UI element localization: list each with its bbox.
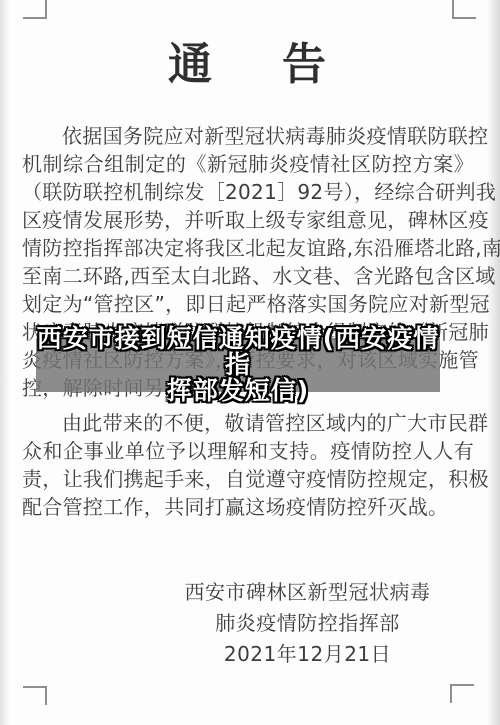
paragraph-2-line: 责，让我们携起手来，自觉遵守疫情防控规定，积极 <box>22 465 474 493</box>
photo-edge-right <box>487 0 500 725</box>
title-char-2: 告 <box>282 28 326 92</box>
signature-date: 2021年12月21日 <box>150 639 465 670</box>
photo-edge-left <box>0 0 10 725</box>
corner-mark-bottom-left <box>23 686 47 705</box>
paragraph-1-line: 情防控指挥部决定将我区北起友谊路,东沿雁塔北路,南 <box>22 234 474 262</box>
signature-org-line-1: 西安市碑林区新型冠状病毒 <box>150 577 465 608</box>
paragraph-1-line: 依据国务院应对新型冠状病毒肺炎疫情联防联控 <box>22 122 474 150</box>
paragraph-1-line: 至南二环路,西至太白北路、水文巷、含光路包含区域 <box>22 262 474 290</box>
paragraph-2-line: 众和企事业单位予以理解和支持。疫情防控人人有 <box>22 437 474 465</box>
banner-text-line-1: 西安市接到短信通知疫情(西安疫情指 <box>36 326 440 378</box>
signature-org-line-2: 肺炎疫情防控指挥部 <box>150 608 465 639</box>
signature-block: 西安市碑林区新型冠状病毒 肺炎疫情防控指挥部 2021年12月21日 <box>150 577 465 670</box>
corner-mark-top-right <box>452 0 476 19</box>
caption-overlay-banner: 西安市接到短信通知疫情(西安疫情指 挥部发短信) <box>36 338 440 392</box>
paragraph-1-line: 划定为“管控区”，即日起严格落实国务院应对新型冠 <box>22 290 474 318</box>
paragraph-1-line: （联防联控机制综发［2021］92号），经综合研判我 <box>22 178 474 206</box>
corner-mark-top-left <box>23 0 47 19</box>
paragraph-1-line: 机制综合组制定的《新冠肺炎疫情社区防控方案》 <box>22 150 474 178</box>
paragraph-1-line: 区疫情发展形势，并听取上级专家组意见，碑林区疫 <box>22 206 474 234</box>
banner-text-line-2: 挥部发短信) <box>167 378 309 404</box>
document-title: 通 告 <box>0 28 494 92</box>
paragraph-2-line: 由此带来的不便，敬请管控区域内的广大市民群 <box>22 409 474 437</box>
notice-document-page: 通 告 依据国务院应对新型冠状病毒肺炎疫情联防联控 机制综合组制定的《新冠肺炎疫… <box>0 0 500 725</box>
paragraph-2-line: 配合管控工作，共同打赢这场疫情防控歼灭战。 <box>22 493 474 521</box>
paragraph-2: 由此带来的不便，敬请管控区域内的广大市民群 众和企事业单位予以理解和支持。疫情防… <box>22 409 474 521</box>
title-char-1: 通 <box>168 28 212 92</box>
corner-mark-bottom-right <box>450 684 474 703</box>
